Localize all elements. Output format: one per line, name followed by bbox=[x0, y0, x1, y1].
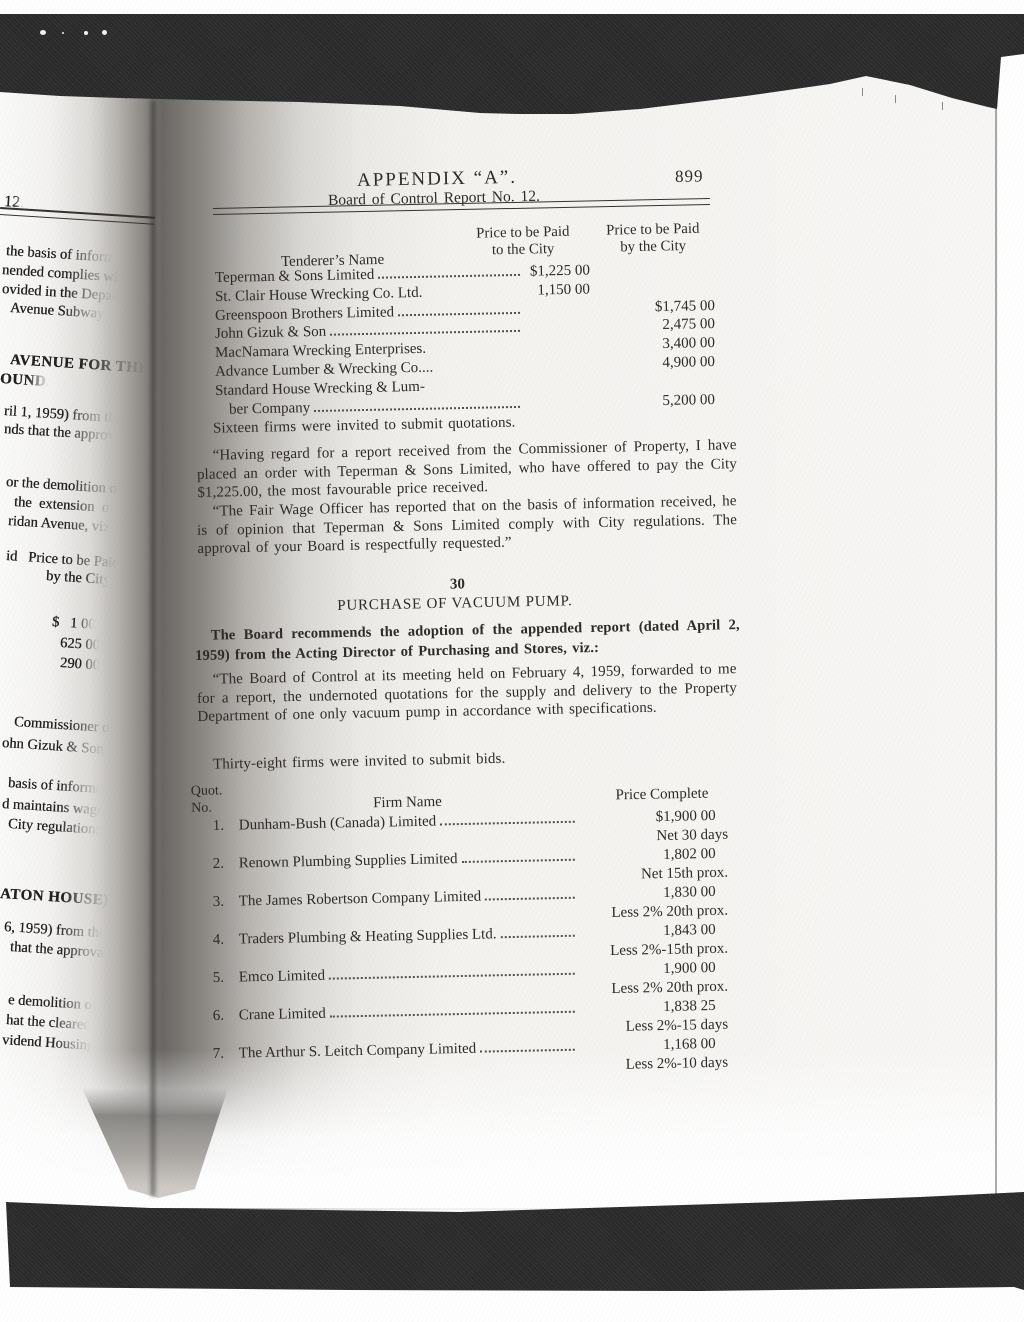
quotation-table: 1. Dunham-Bush (Canada) Limited $1,900 0… bbox=[213, 817, 730, 1083]
quote-number: 4. bbox=[213, 930, 239, 950]
price-to-city: 1,150 00 bbox=[525, 280, 620, 301]
scan-dot bbox=[84, 31, 88, 35]
header-line: to the City bbox=[457, 240, 589, 260]
quote-number: 1. bbox=[213, 816, 239, 836]
tenderer-name: John Gizuk & Son bbox=[215, 323, 327, 344]
page-edge-line bbox=[995, 58, 997, 1206]
scan-tick-mark bbox=[942, 102, 943, 110]
left-margin-amount: 625 00 bbox=[59, 635, 100, 654]
price-to-city: $1,225 00 bbox=[525, 261, 620, 282]
dotted-leader bbox=[330, 1011, 575, 1018]
left-margin-amount: $ 1 00 bbox=[51, 614, 95, 634]
quote-number: 6. bbox=[213, 1006, 239, 1026]
scan-dot bbox=[40, 30, 46, 35]
quote-number: 2. bbox=[213, 854, 239, 874]
price-by-city: 5,200 00 bbox=[620, 391, 715, 412]
scan-tick-mark bbox=[895, 95, 896, 103]
quote-number: 7. bbox=[213, 1044, 239, 1064]
left-margin-heading: OUND. bbox=[0, 371, 51, 391]
price-by-city bbox=[620, 272, 715, 274]
dotted-leader bbox=[330, 330, 520, 336]
price-by-city: $1,745 00 bbox=[620, 297, 715, 318]
dotted-leader bbox=[378, 274, 520, 279]
book-crease-line bbox=[151, 100, 155, 1196]
page-number: 899 bbox=[675, 166, 704, 187]
paragraph: The Board recommends the adoption of the… bbox=[195, 616, 741, 666]
dotted-leader bbox=[501, 935, 575, 938]
firm-name-header: Firm Name bbox=[335, 793, 480, 813]
quote-number-header: Quot. No. bbox=[191, 783, 223, 817]
paragraph: Thirty-eight firms were invited to submi… bbox=[197, 745, 737, 775]
dotted-leader bbox=[398, 311, 520, 315]
paragraph: “The Fair Wage Officer has reported that… bbox=[196, 492, 737, 559]
scan-tick-mark bbox=[862, 88, 863, 96]
dotted-leader bbox=[485, 897, 575, 901]
price-by-city: 3,400 00 bbox=[620, 334, 715, 355]
dotted-leader bbox=[314, 405, 520, 411]
header-line: Price to be Paid bbox=[587, 220, 719, 240]
price-by-city: 2,475 00 bbox=[620, 315, 715, 336]
header-line: No. bbox=[191, 800, 223, 817]
scan-dot bbox=[102, 30, 107, 35]
paragraph: “The Board of Control at its meeting hel… bbox=[196, 660, 737, 727]
firm-name: Dunham-Bush (Canada) Limited bbox=[239, 813, 437, 836]
price-by-city bbox=[620, 291, 715, 293]
to-city-column-header: Price to be Paid to the City bbox=[457, 223, 590, 260]
scan-dot bbox=[62, 32, 64, 34]
dotted-leader bbox=[329, 973, 575, 980]
price-complete-header: Price Complete bbox=[587, 785, 737, 805]
header-line: by the City bbox=[587, 237, 719, 257]
tenderer-name: ber Company bbox=[215, 399, 311, 420]
dotted-leader bbox=[480, 1049, 575, 1053]
report-page-content: APPENDIX “A”. 899 Board of Control Repor… bbox=[185, 130, 750, 1130]
dotted-leader bbox=[462, 859, 575, 863]
document-scan-page: 12. the basis of inform nended complies … bbox=[0, 0, 1024, 1322]
dotted-leader bbox=[440, 821, 575, 826]
quote-number: 5. bbox=[213, 968, 239, 988]
left-margin-amount: 290 00 bbox=[59, 655, 100, 674]
price-by-city: 4,900 00 bbox=[620, 353, 715, 374]
firm-name: Emco Limited bbox=[239, 967, 326, 988]
firm-name: Crane Limited bbox=[239, 1005, 326, 1026]
by-city-column-header: Price to be Paid by the City bbox=[587, 220, 720, 257]
header-line: Quot. bbox=[191, 783, 223, 800]
header-line: Price to be Paid bbox=[457, 223, 589, 243]
tender-table: Teperman & Sons Limited $1,225 00 St. Cl… bbox=[215, 269, 715, 419]
quote-number: 3. bbox=[213, 892, 239, 912]
